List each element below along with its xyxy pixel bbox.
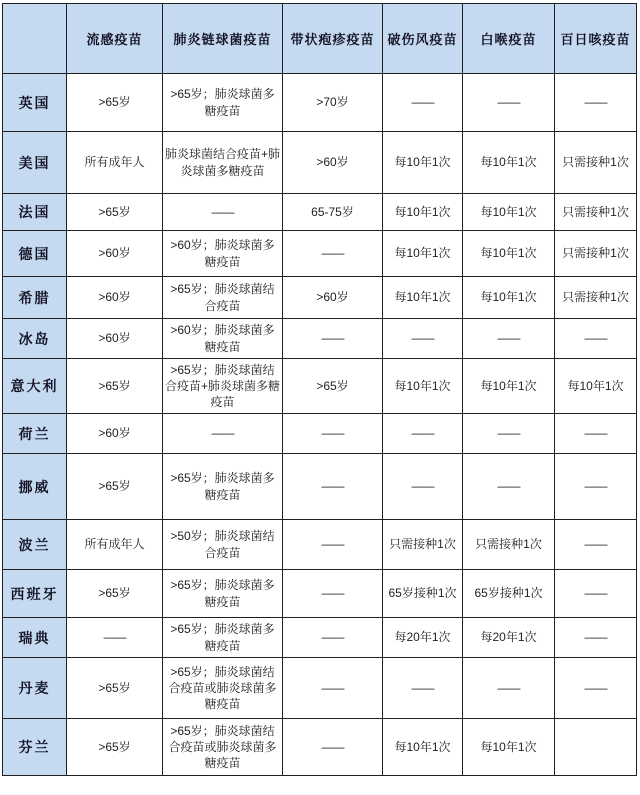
table-cell: —— [383, 454, 463, 520]
table-cell: >65岁 [67, 194, 163, 231]
row-header-country: 希腊 [3, 277, 67, 319]
table-cell: 只需接种1次 [555, 194, 637, 231]
table-row: 德国>60岁>60岁；肺炎球菌多糖疫苗——每10年1次每10年1次只需接种1次 [3, 231, 637, 277]
table-cell: —— [463, 74, 555, 132]
table-cell [555, 719, 637, 776]
vaccine-table: 流感疫苗肺炎链球菌疫苗带状疱疹疫苗破伤风疫苗白喉疫苗百日咳疫苗 英国>65岁>6… [2, 3, 637, 776]
table-cell: >60岁 [67, 231, 163, 277]
table-cell: —— [463, 319, 555, 359]
table-cell: —— [555, 570, 637, 618]
table-cell: >65岁；肺炎球菌结合疫苗或肺炎球菌多糖疫苗 [163, 658, 283, 719]
table-cell: >70岁 [283, 74, 383, 132]
row-header-country: 英国 [3, 74, 67, 132]
table-cell: >60岁 [283, 277, 383, 319]
table-cell: >65岁；肺炎球菌多糖疫苗 [163, 454, 283, 520]
table-cell: —— [555, 618, 637, 658]
column-header: 带状疱疹疫苗 [283, 4, 383, 74]
table-cell: 每10年1次 [383, 194, 463, 231]
row-header-country: 意大利 [3, 359, 67, 414]
table-cell: >65岁；肺炎球菌结合疫苗或肺炎球菌多糖疫苗 [163, 719, 283, 776]
table-cell: —— [283, 719, 383, 776]
table-cell: —— [555, 454, 637, 520]
table-cell: —— [283, 319, 383, 359]
table-cell: —— [163, 414, 283, 454]
table-cell: >65岁；肺炎球菌多糖疫苗 [163, 570, 283, 618]
table-body: 英国>65岁>65岁；肺炎球菌多糖疫苗>70岁——————美国所有成年人肺炎球菌… [3, 74, 637, 776]
table-row: 美国所有成年人肺炎球菌结合疫苗+肺炎球菌多糖疫苗>60岁每10年1次每10年1次… [3, 132, 637, 194]
table-cell: —— [555, 414, 637, 454]
row-header-country: 冰岛 [3, 319, 67, 359]
table-row: 瑞典——>65岁；肺炎球菌多糖疫苗——每20年1次每20年1次—— [3, 618, 637, 658]
column-header: 肺炎链球菌疫苗 [163, 4, 283, 74]
table-cell: >65岁 [67, 454, 163, 520]
table-cell: 每10年1次 [463, 194, 555, 231]
table-cell: 只需接种1次 [383, 520, 463, 570]
table-row: 冰岛>60岁>60岁；肺炎球菌多糖疫苗———————— [3, 319, 637, 359]
table-cell: —— [283, 618, 383, 658]
table-cell: —— [383, 658, 463, 719]
table-cell: —— [555, 319, 637, 359]
table-cell: 每10年1次 [555, 359, 637, 414]
table-row: 芬兰>65岁>65岁；肺炎球菌结合疫苗或肺炎球菌多糖疫苗——每10年1次每10年… [3, 719, 637, 776]
table-row: 西班牙>65岁>65岁；肺炎球菌多糖疫苗——65岁接种1次65岁接种1次—— [3, 570, 637, 618]
table-cell: >65岁 [67, 74, 163, 132]
row-header-country: 挪威 [3, 454, 67, 520]
table-cell: >60岁 [67, 414, 163, 454]
table-cell: >60岁 [283, 132, 383, 194]
row-header-country: 芬兰 [3, 719, 67, 776]
table-cell: 每20年1次 [383, 618, 463, 658]
table-cell: 每10年1次 [463, 719, 555, 776]
table-cell: —— [283, 414, 383, 454]
table-cell: —— [383, 414, 463, 454]
table-cell: >60岁；肺炎球菌多糖疫苗 [163, 231, 283, 277]
table-cell: >65岁 [67, 570, 163, 618]
table-cell: >60岁 [67, 319, 163, 359]
corner-cell [3, 4, 67, 74]
page: 流感疫苗肺炎链球菌疫苗带状疱疹疫苗破伤风疫苗白喉疫苗百日咳疫苗 英国>65岁>6… [0, 0, 640, 795]
table-cell: 只需接种1次 [463, 520, 555, 570]
table-row: 波兰所有成年人>50岁；肺炎球菌结合疫苗——只需接种1次只需接种1次—— [3, 520, 637, 570]
table-cell: 每10年1次 [463, 231, 555, 277]
table-cell: 每10年1次 [383, 231, 463, 277]
table-cell: 所有成年人 [67, 520, 163, 570]
table-cell: 65岁接种1次 [463, 570, 555, 618]
table-cell: —— [283, 658, 383, 719]
table-cell: 每10年1次 [383, 359, 463, 414]
table-cell: —— [283, 570, 383, 618]
row-header-country: 丹麦 [3, 658, 67, 719]
table-cell: >65岁；肺炎球菌结合疫苗+肺炎球菌多糖疫苗 [163, 359, 283, 414]
table-cell: 65岁接种1次 [383, 570, 463, 618]
table-cell: >65岁 [67, 658, 163, 719]
table-cell: —— [383, 319, 463, 359]
header-row: 流感疫苗肺炎链球菌疫苗带状疱疹疫苗破伤风疫苗白喉疫苗百日咳疫苗 [3, 4, 637, 74]
table-cell: >65岁 [283, 359, 383, 414]
table-cell: >50岁；肺炎球菌结合疫苗 [163, 520, 283, 570]
table-cell: —— [283, 231, 383, 277]
table-row: 法国>65岁——65-75岁每10年1次每10年1次只需接种1次 [3, 194, 637, 231]
table-cell: —— [283, 454, 383, 520]
table-cell: 每10年1次 [383, 277, 463, 319]
table-cell: —— [283, 520, 383, 570]
table-cell: —— [555, 74, 637, 132]
table-cell: 每20年1次 [463, 618, 555, 658]
row-header-country: 西班牙 [3, 570, 67, 618]
table-cell: >65岁；肺炎球菌结合疫苗 [163, 277, 283, 319]
column-header: 破伤风疫苗 [383, 4, 463, 74]
column-header: 百日咳疫苗 [555, 4, 637, 74]
table-header: 流感疫苗肺炎链球菌疫苗带状疱疹疫苗破伤风疫苗白喉疫苗百日咳疫苗 [3, 4, 637, 74]
table-cell: —— [463, 658, 555, 719]
column-header: 白喉疫苗 [463, 4, 555, 74]
table-row: 英国>65岁>65岁；肺炎球菌多糖疫苗>70岁—————— [3, 74, 637, 132]
table-cell: 只需接种1次 [555, 231, 637, 277]
table-cell: 只需接种1次 [555, 132, 637, 194]
row-header-country: 美国 [3, 132, 67, 194]
table-cell: 65-75岁 [283, 194, 383, 231]
table-cell: 每10年1次 [463, 359, 555, 414]
row-header-country: 荷兰 [3, 414, 67, 454]
table-cell: 肺炎球菌结合疫苗+肺炎球菌多糖疫苗 [163, 132, 283, 194]
table-row: 希腊>60岁>65岁；肺炎球菌结合疫苗>60岁每10年1次每10年1次只需接种1… [3, 277, 637, 319]
table-row: 意大利>65岁>65岁；肺炎球菌结合疫苗+肺炎球菌多糖疫苗>65岁每10年1次每… [3, 359, 637, 414]
table-cell: 每10年1次 [383, 719, 463, 776]
table-cell: 每10年1次 [383, 132, 463, 194]
table-cell: —— [67, 618, 163, 658]
table-cell: >60岁 [67, 277, 163, 319]
row-header-country: 德国 [3, 231, 67, 277]
table-cell: —— [163, 194, 283, 231]
table-cell: >60岁；肺炎球菌多糖疫苗 [163, 319, 283, 359]
table-row: 丹麦>65岁>65岁；肺炎球菌结合疫苗或肺炎球菌多糖疫苗———————— [3, 658, 637, 719]
table-cell: —— [555, 658, 637, 719]
row-header-country: 瑞典 [3, 618, 67, 658]
table-cell: >65岁 [67, 359, 163, 414]
table-cell: —— [555, 520, 637, 570]
table-row: 挪威>65岁>65岁；肺炎球菌多糖疫苗———————— [3, 454, 637, 520]
table-cell: —— [463, 414, 555, 454]
table-cell: >65岁；肺炎球菌多糖疫苗 [163, 618, 283, 658]
table-cell: 每10年1次 [463, 277, 555, 319]
table-cell: 每10年1次 [463, 132, 555, 194]
table-cell: 只需接种1次 [555, 277, 637, 319]
table-cell: —— [463, 454, 555, 520]
table-cell: >65岁 [67, 719, 163, 776]
table-cell: 所有成年人 [67, 132, 163, 194]
table-cell: >65岁；肺炎球菌多糖疫苗 [163, 74, 283, 132]
row-header-country: 波兰 [3, 520, 67, 570]
row-header-country: 法国 [3, 194, 67, 231]
table-cell: —— [383, 74, 463, 132]
column-header: 流感疫苗 [67, 4, 163, 74]
table-row: 荷兰>60岁—————————— [3, 414, 637, 454]
